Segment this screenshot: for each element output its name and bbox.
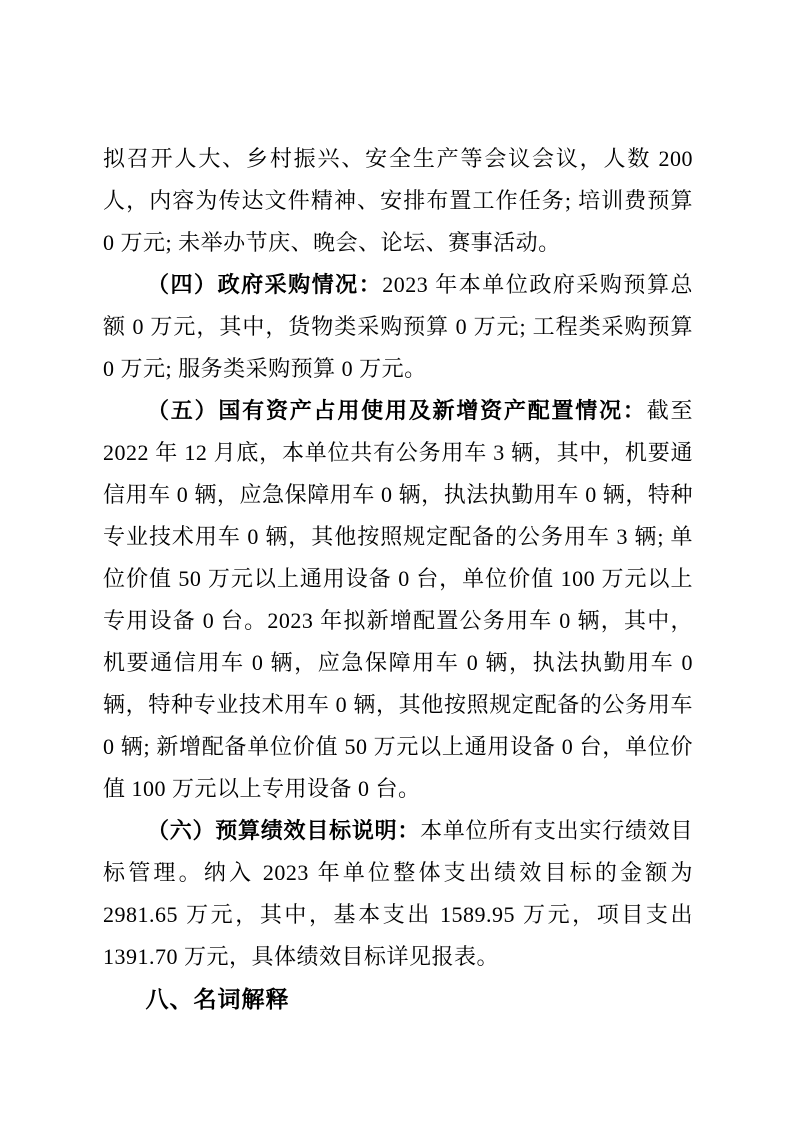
section-gov-procurement-lead: （四）政府采购情况：: [147, 272, 382, 297]
section-performance-targets: （六）预算绩效目标说明：本单位所有支出实行绩效目标管理。纳入 2023 年单位整…: [103, 810, 693, 978]
document-page: 拟召开人大、乡村振兴、安全生产等会议会议，人数 200 人，内容为传达文件精神、…: [0, 0, 793, 1122]
heading-terms-explanation: 八、名词解释: [103, 978, 693, 1020]
section-state-assets: （五）国有资产占用使用及新增资产配置情况：截至 2022 年 12 月底，本单位…: [103, 390, 693, 810]
section-performance-targets-lead: （六）预算绩效目标说明：: [147, 818, 420, 843]
paragraph-meetings-continuation: 拟召开人大、乡村振兴、安全生产等会议会议，人数 200 人，内容为传达文件精神、…: [103, 138, 693, 264]
section-gov-procurement: （四）政府采购情况：2023 年本单位政府采购预算总额 0 万元，其中，货物类采…: [103, 264, 693, 390]
section-state-assets-lead: （五）国有资产占用使用及新增资产配置情况：: [147, 398, 647, 423]
section-state-assets-text: 截至 2022 年 12 月底，本单位共有公务用车 3 辆，其中，机要通信用车 …: [103, 398, 693, 801]
